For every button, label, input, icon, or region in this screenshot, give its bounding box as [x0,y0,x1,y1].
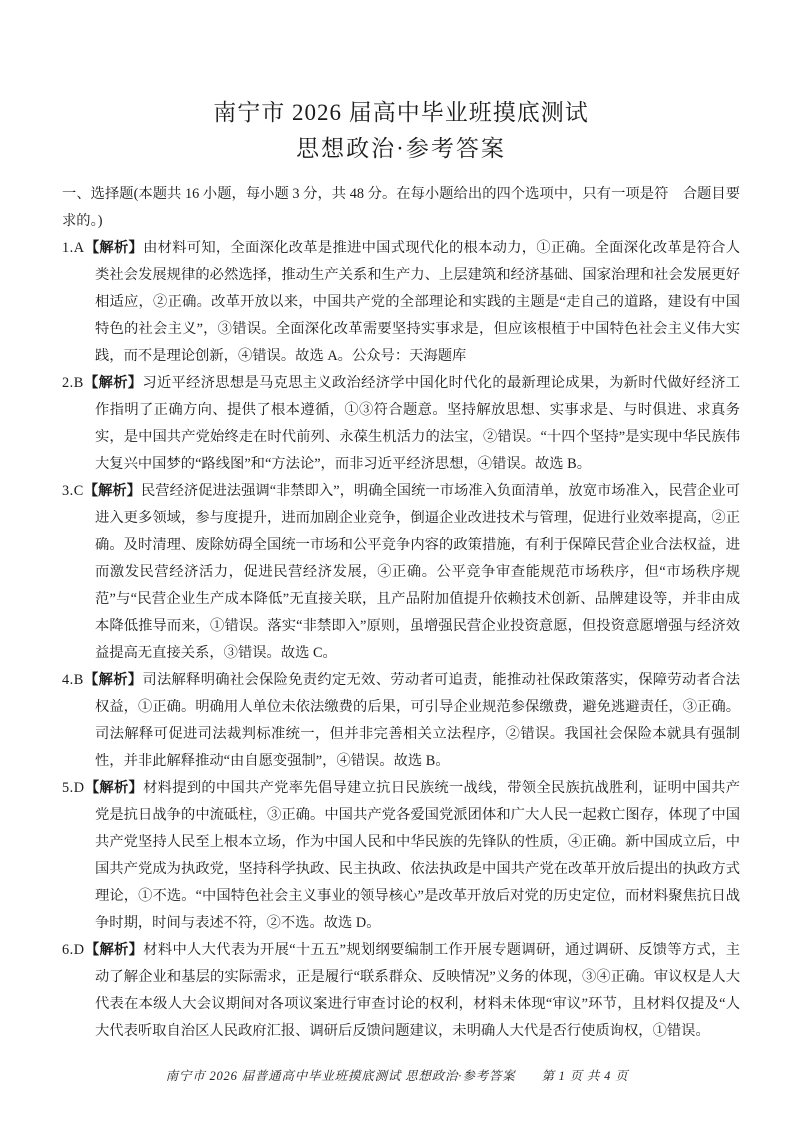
jiexi-label: 【解析】 [85,240,144,256]
answer-item-5: 5.D【解析】材料提到的中国共产党率先倡导建立抗日民族统一战线，带领全民族抗战胜… [62,775,740,937]
jiexi-label: 【解析】 [84,672,143,688]
document-content: 南宁市 2026 届高中毕业班摸底测试 思想政治·参考答案 一、选择题(本题共 … [62,98,740,1045]
document-page: 南宁市 2026 届高中毕业班摸底测试 思想政治·参考答案 一、选择题(本题共 … [0,0,794,1122]
answer-item-4: 4.B【解析】司法解释明确社会保险免责约定无效、劳动者可追责，能推动社保政策落实… [62,667,740,775]
page-footer: 南宁市 2026 届普通高中毕业班摸底测试 思想政治·参考答案第 1 页 共 4… [0,1066,794,1084]
item-text: 由材料可知，全面深化改革是推进中国式现代化的根本动力，①正确。全面深化改革是符合… [95,240,740,364]
jiexi-label: 【解析】 [85,780,144,796]
answer-item-2: 2.B【解析】习近平经济思想是马克思主义政治经济学中国化时代化的最新理论成果，为… [62,370,740,478]
footer-page-number: 第 1 页 共 4 页 [541,1069,628,1083]
page-subtitle: 思想政治·参考答案 [62,134,740,164]
answer-item-3: 3.C【解析】民营经济促进法强调“非禁即入”，明确全国统一市场准入负面清单，放宽… [62,478,740,667]
item-text: 材料提到的中国共产党率先倡导建立抗日民族统一战线，带领全民族抗战胜利，证明中国共… [95,780,740,931]
item-number: 2.B [62,375,84,391]
item-number: 5.D [62,780,85,796]
answer-item-1: 1.A【解析】由材料可知，全面深化改革是推进中国式现代化的根本动力，①正确。全面… [62,235,740,370]
jiexi-label: 【解析】 [84,483,141,499]
section-heading-choice-questions: 一、选择题(本题共 16 小题，每小题 3 分，共 48 分。在每小题给出的四个… [62,181,740,235]
answer-item-6: 6.D【解析】材料中人大代表为开展“十五五”规划纲要编制工作开展专题调研，通过调… [62,937,740,1045]
footer-document-title: 南宁市 2026 届普通高中毕业班摸底测试 思想政治·参考答案 [166,1069,516,1083]
item-text: 习近平经济思想是马克思主义政治经济学中国化时代化的最新理论成果，为新时代做好经济… [95,375,740,472]
item-number: 3.C [62,483,84,499]
page-title: 南宁市 2026 届高中毕业班摸底测试 [62,98,740,128]
item-number: 6.D [62,942,85,958]
jiexi-label: 【解析】 [85,942,144,958]
item-text: 司法解释明确社会保险免责约定无效、劳动者可追责，能推动社保政策落实，保障劳动者合… [95,672,740,769]
item-text: 材料中人大代表为开展“十五五”规划纲要编制工作开展专题调研，通过调研、反馈等方式… [95,942,740,1039]
item-text: 民营经济促进法强调“非禁即入”，明确全国统一市场准入负面清单，放宽市场准入，民营… [95,483,740,661]
item-number: 4.B [62,672,84,688]
answer-explanations-list: 1.A【解析】由材料可知，全面深化改革是推进中国式现代化的根本动力，①正确。全面… [62,235,740,1045]
item-number: 1.A [62,240,85,256]
jiexi-label: 【解析】 [84,375,143,391]
